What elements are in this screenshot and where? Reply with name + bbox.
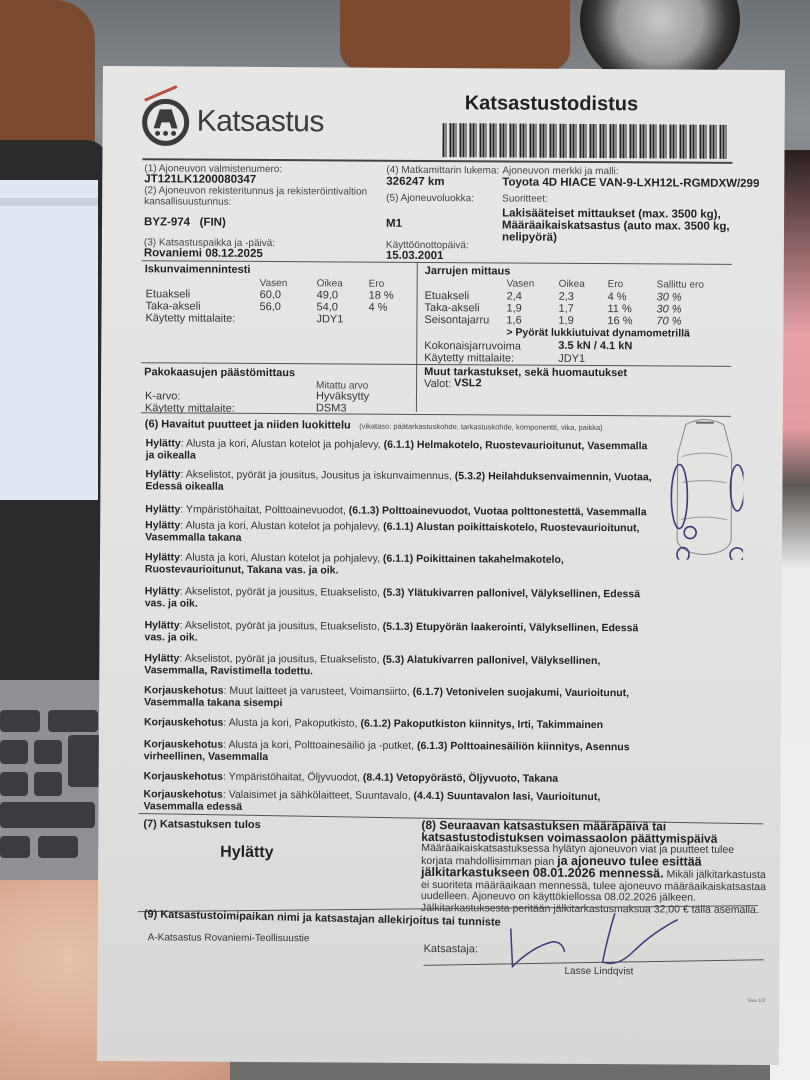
shock-col-oikea: Oikea (317, 278, 343, 289)
k-value: Hyväksytty (316, 390, 369, 402)
defect-item: Korjauskehotus: Ympäristöhaitat, Öljyvuo… (144, 770, 654, 785)
brake-row-label: Etuakseli (425, 290, 470, 302)
brake-row-oikea: 1,7 (558, 303, 573, 315)
defect-item: Korjauskehotus: Alusta ja kori, Polttoai… (144, 738, 654, 765)
defect-detail: (6.1.3) Polttoainevuodot, Vuotaa poltton… (349, 505, 647, 519)
logo-text: Katsastus (197, 105, 324, 140)
document-title: Katsastustodistus (465, 92, 639, 116)
defect-item: Korjauskehotus: Valaisimet ja sähkölaitt… (143, 788, 653, 815)
shock-device-value: JDY1 (316, 313, 343, 325)
emissions-title: Pakokaasujen päästömittaus (144, 366, 295, 379)
defect-level: Hylätty (145, 519, 180, 531)
brake-row-label: Taka-akseli (424, 302, 479, 314)
brake-row-vasen: 1,6 (506, 314, 521, 326)
defect-level: Korjauskehotus (144, 788, 223, 800)
defect-level: Hylätty (145, 551, 180, 563)
defects-subtitle: (vikataso: päätarkastuskohde, tarkastusk… (359, 422, 603, 432)
a-katsastus-logo-icon (140, 82, 190, 148)
brake-total-value: 3.5 kN / 4.1 kN (558, 340, 632, 352)
brake-row-oikea: 1,9 (558, 315, 573, 327)
inspector-name: Lasse Lindqvist (564, 966, 633, 977)
defect-level: Hylätty (145, 585, 180, 597)
barcode (442, 123, 728, 159)
lights-label: Valot: (424, 378, 451, 390)
brake-row-vasen: 2,4 (507, 290, 522, 302)
place-value: Rovaniemi 08.12.2025 (144, 247, 263, 261)
brake-row-ero: 4 % (608, 291, 627, 303)
shock-col-ero: Ero (369, 279, 385, 290)
defect-path: : Akselistot, pyörät ja jousitus, Etuaks… (180, 619, 383, 632)
brake-row-label: Seisontajarru (424, 314, 489, 326)
brake-test-title: Jarrujen mittaus (425, 265, 511, 278)
pen-mark-left (671, 464, 687, 528)
result-value: Hylätty (220, 844, 273, 862)
brake-device-value: JDY1 (558, 353, 585, 365)
defect-path: : Alusta ja kori, Alustan kotelot ja poh… (181, 437, 384, 450)
defect-level: Hylätty (146, 437, 181, 449)
defect-path: : Valaisimet ja sähkölaitteet, Suuntaval… (223, 789, 414, 802)
brake-col-oikea: Oikea (559, 279, 585, 290)
inspector-label: Katsastaja: (424, 943, 478, 955)
defects-header: (6) Havaitut puutteet ja niiden luokitte… (145, 414, 603, 435)
brake-row-oikea: 2,3 (559, 291, 574, 303)
station-name: A-Katsastus Rovaniemi-Teollisuustie (148, 932, 310, 944)
reg-value: BYZ-974 (FIN) (144, 216, 226, 229)
pen-mark-rear-right (730, 548, 744, 560)
brake-row-ero: 11 % (607, 303, 631, 315)
make-label: Ajoneuvon merkki ja malli: (502, 165, 618, 177)
defect-item: Hylätty: Akselistot, pyörät ja jousitus,… (145, 468, 655, 495)
defect-path: : Ympäristöhaitat, Polttoainevuodot, (180, 503, 349, 516)
reg-label: (2) Ajoneuvon rekisteritunnus ja rekiste… (144, 185, 384, 208)
brake-col-allowed: Sallittu ero (657, 279, 704, 290)
shock-test-title: Iskunvaimennintesti (145, 263, 251, 276)
defect-item: Hylätty: Alusta ja kori, Alustan kotelot… (145, 551, 655, 578)
defect-level: Korjauskehotus (144, 716, 223, 728)
pen-mark-right (730, 465, 744, 511)
pen-mark-rear-left (677, 548, 689, 560)
laptop-screen (0, 180, 98, 500)
defect-level: Hylätty (144, 652, 179, 664)
odometer-label: (4) Matkamittarin lukema: (386, 165, 499, 177)
result-title: (7) Katsastuksen tulos (143, 818, 260, 831)
brake-note: > Pyörät lukkiutuivat dynamometrillä (506, 326, 690, 339)
defect-level: Hylätty (145, 468, 180, 480)
services-label: Suoritteet: (502, 193, 548, 204)
defect-item: Hylätty: Ympäristöhaitat, Polttoainevuod… (145, 503, 655, 518)
defect-detail: (6.1.2) Pakoputkiston kiinnitys, Irti, T… (360, 718, 603, 731)
defect-level: Hylätty (145, 503, 180, 515)
shock-row-ero: 4 % (368, 302, 387, 314)
defect-item: Korjauskehotus: Alusta ja kori, Pakoputk… (144, 716, 654, 731)
shock-row-ero: 18 % (369, 290, 394, 302)
brake-col-vasen: Vasen (507, 278, 535, 289)
brake-total-label: Kokonaisjarruvoima (424, 340, 521, 353)
brake-col-ero: Ero (608, 279, 624, 290)
shock-row-label: Etuakseli (146, 288, 191, 300)
defect-item: Korjauskehotus: Muut laitteet ja varuste… (144, 684, 654, 711)
shock-device-label: Käytetty mittalaite: (145, 312, 235, 325)
vehicle-damage-diagram-icon (665, 414, 744, 559)
inspection-certificate: Katsastus Katsastustodistus (1) Ajoneuvo… (97, 66, 785, 1065)
k-value-label: K-arvo: (145, 390, 181, 402)
brake-row-allowed: 30 % (657, 291, 682, 303)
brake-row-vasen: 1,9 (506, 302, 521, 314)
defect-path: : Akselistot, pyörät ja jousitus, Etuaks… (180, 585, 383, 598)
brake-row-ero: 16 % (607, 315, 632, 327)
defect-level: Korjauskehotus (144, 770, 223, 782)
defect-item: Hylätty: Alusta ja kori, Alustan kotelot… (146, 437, 656, 464)
defect-level: Korjauskehotus (144, 684, 223, 696)
odometer-value: 326247 km (386, 176, 444, 189)
next-inspection: (8) Seuraavan katsastuksen määräpäivä ta… (421, 820, 767, 916)
shock-col-vasen: Vasen (260, 278, 288, 289)
lights-value: VSL2 (454, 377, 482, 389)
defect-path: : Alusta ja kori, Pakoputkisto, (223, 717, 360, 730)
services-line-3: nelipyörä) (502, 231, 557, 244)
shock-row-vasen: 60,0 (260, 289, 281, 301)
defect-path: : Ympäristöhaitat, Öljyvuodot, (223, 771, 363, 784)
class-value: M1 (386, 218, 402, 231)
brake-row-allowed: 30 % (656, 303, 681, 315)
defects-title: (6) Havaitut puutteet ja niiden luokitte… (145, 418, 351, 431)
background-chair (0, 0, 95, 160)
defect-item: Hylätty: Akselistot, pyörät ja jousitus,… (144, 652, 654, 679)
brake-device-label: Käytetty mittalaite: (424, 352, 514, 365)
defect-level: Korjauskehotus (144, 738, 223, 750)
defect-item: Hylätty: Akselistot, pyörät ja jousitus,… (145, 585, 655, 612)
defect-detail: (8.4.1) Vetopyörästö, Öljyvuoto, Takana (363, 772, 558, 785)
shock-row-oikea: 49,0 (317, 289, 338, 301)
defect-item: Hylätty: Alusta ja kori, Alustan kotelot… (145, 519, 655, 546)
background-chair (340, 0, 570, 70)
shock-row-oikea: 54,0 (316, 301, 337, 313)
shock-row-vasen: 56,0 (259, 301, 280, 313)
defect-level: Hylätty (145, 619, 180, 631)
page-number: Sivu 1/2 (747, 998, 765, 1004)
background-laptop (0, 140, 108, 910)
class-label: (5) Ajoneuvoluokka: (386, 193, 474, 205)
make-value: Toyota 4D HIACE VAN-9-LXH12L-RGMDXW/299 (502, 176, 759, 191)
brake-row-allowed: 70 % (656, 315, 681, 327)
pen-mark-rear-center (684, 527, 696, 539)
defect-item: Hylätty: Akselistot, pyörät ja jousitus,… (144, 619, 654, 646)
shock-row-label: Taka-akseli (145, 300, 200, 312)
